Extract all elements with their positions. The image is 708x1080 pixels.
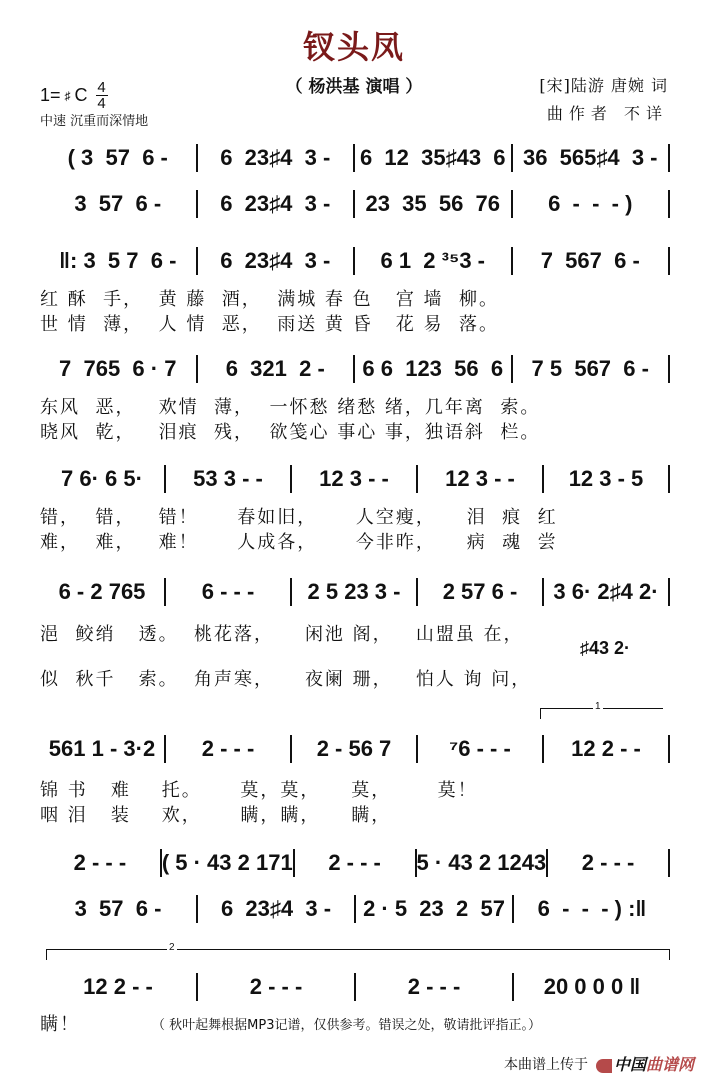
barline xyxy=(668,578,670,606)
measure: 7 765 6 · 7 xyxy=(40,356,196,382)
measure: 2 - - - xyxy=(40,850,160,876)
score-row-verse-3: 7 6· 6 5· 53 3 - - 12 3 - - 12 3 - - 12 … xyxy=(40,462,670,496)
lyrics-line-2: 难， 难， 难！ 人成各， 今非昨， 病 魂 尝 xyxy=(40,528,670,554)
lyrics-line-2: 似 秋千 索。 角声寒， 夜阑 珊， 怕人 询 问， xyxy=(40,665,670,691)
key-note: C xyxy=(75,85,88,106)
barline xyxy=(668,735,670,763)
measure: 12 2 - - xyxy=(40,974,196,1000)
measure: 3 6· 2♯4 2· xyxy=(544,579,668,605)
score-row-interlude-1: 2 - - - ( 5 · 43 2 171 2 - - - 5 · 43 2 … xyxy=(40,846,670,880)
measure: 6 - - - xyxy=(166,579,290,605)
measure: 6 23♯4 3 - xyxy=(198,896,354,922)
lyrics-line-2: 咽 泪 装 欢， 瞒，瞒， 瞒， xyxy=(40,801,670,827)
sharp-icon: ♯ xyxy=(65,89,71,103)
measure: ‖: 3 5 7 6 - xyxy=(40,248,196,274)
measure: 6 23♯4 3 - xyxy=(198,145,354,171)
measure: 2 5 23 3 - xyxy=(292,579,416,605)
measure: ( 3 57 6 - xyxy=(40,145,196,171)
score-row-verse-1: ‖: 3 5 7 6 - 6 23♯4 3 - 6 1 2 ³⁵3 - 7 56… xyxy=(40,244,670,278)
score-row-interlude-2: 3 57 6 - 6 23♯4 3 - 2 · 5 23 2 57 6 - - … xyxy=(40,892,670,926)
key-signature: 1= ♯ C 4 4 xyxy=(40,80,108,111)
measure: 3 57 6 - xyxy=(40,896,196,922)
measure: 6 1 2 ³⁵3 - xyxy=(355,248,511,274)
transcription-note: （ 秋叶起舞根据MP3记谱，仅供参考。错误之处，敬请批评指正。） xyxy=(152,1014,541,1033)
lyrics-line-1: 东风 恶， 欢情 薄， 一怀愁 绪愁 绪，几年离 索。 xyxy=(40,393,670,419)
score-row-intro-2: 3 57 6 - 6 23♯4 3 - 23 35 56 76 6 - - - … xyxy=(40,187,670,221)
score-row-verse-4: 6 - 2 765 6 - - - 2 5 23 3 - 2 57 6 - 3 … xyxy=(40,575,670,609)
measure: 6 321 2 - xyxy=(198,356,354,382)
barline xyxy=(668,190,670,218)
measure: 2 - - - xyxy=(166,736,290,762)
measure: 561 1 - 3·2 xyxy=(40,736,164,762)
measure: 7 5 567 6 - xyxy=(513,356,669,382)
measure: 2 - - - xyxy=(548,850,668,876)
lyrics-line-1: 错， 错， 错！ 春如旧， 人空瘦， 泪 痕 红 xyxy=(40,503,670,529)
score-row-intro-1: ( 3 57 6 - 6 23♯4 3 - 6 12 35♯43 6 36 56… xyxy=(40,141,670,175)
score-row-ending: 12 2 - - 2 - - - 2 - - - 20 0 0 0 ‖ xyxy=(40,970,670,1004)
score-row-verse-5: 561 1 - 3·2 2 - - - 2 - 56 7 ⁷6 - - - 12… xyxy=(40,732,670,766)
measure: ( 5 · 43 2 171 xyxy=(162,850,293,876)
upload-text: 本曲谱上传于 xyxy=(504,1054,588,1074)
lyrics-line-1: 浥 鲛绡 透。 桃花落， 闲池 阁， 山盟虽 在， xyxy=(40,620,670,646)
barline xyxy=(668,355,670,383)
lyrics-line-2: 晓风 乾， 泪痕 残， 欲笺心 事心 事，独语斜 栏。 xyxy=(40,418,670,444)
volta-label: 1 xyxy=(593,701,603,712)
alternate-notes: ♯43 2· xyxy=(580,638,630,659)
score-row-verse-2: 7 765 6 · 7 6 321 2 - 6 6 123 56 6 7 5 5… xyxy=(40,352,670,386)
lyrics-line-2: 世 情 薄， 人 情 恶， 雨送 黄 昏 花 易 落。 xyxy=(40,310,670,336)
logo-mark-icon xyxy=(596,1059,612,1073)
credits: [宋]陆游 唐婉 词 曲作者 不详 xyxy=(539,72,668,128)
measure: 3 57 6 - xyxy=(40,191,196,217)
barline xyxy=(668,144,670,172)
lyricist-credit: [宋]陆游 唐婉 词 xyxy=(539,72,668,100)
measure: 12 3 - - xyxy=(292,466,416,492)
composer-credit: 曲作者 不详 xyxy=(539,100,668,128)
time-signature: 4 4 xyxy=(96,80,108,111)
footer-credit: 本曲谱上传于 中国曲谱网 xyxy=(504,1052,694,1075)
volta-bracket-2: 2 xyxy=(46,949,670,960)
measure: 5 · 43 2 1243 xyxy=(417,850,547,876)
measure: 53 3 - - xyxy=(166,466,290,492)
measure: 6 - - - ) :‖ xyxy=(514,896,670,922)
measure: 2 - - - xyxy=(356,974,512,1000)
key-prefix: 1= xyxy=(40,85,61,106)
song-title: 钗头凤 xyxy=(0,22,708,68)
measure: 6 23♯4 3 - xyxy=(198,248,354,274)
measure: 12 2 - - xyxy=(544,736,668,762)
measure: 6 - 2 765 xyxy=(40,579,164,605)
lyrics-line-1: 红 酥 手， 黄 藤 酒， 满城 春 色 宫 墙 柳。 xyxy=(40,285,670,311)
measure: 23 35 56 76 xyxy=(355,191,511,217)
measure: 6 - - - ) xyxy=(513,191,669,217)
barline xyxy=(668,247,670,275)
measure: 12 3 - 5 xyxy=(544,466,668,492)
tempo-marking: 中速 沉重而深情地 xyxy=(40,110,148,129)
barline xyxy=(668,465,670,493)
site-logo[interactable]: 中国曲谱网 xyxy=(596,1052,694,1075)
site-name-accent: 曲谱网 xyxy=(646,1055,694,1074)
measure: 7 567 6 - xyxy=(513,248,669,274)
measure: 20 0 0 0 ‖ xyxy=(514,974,670,1000)
measure: 2 - 56 7 xyxy=(292,736,416,762)
measure: 2 - - - xyxy=(198,974,354,1000)
measure: 6 6 123 56 6 xyxy=(355,356,511,382)
barline xyxy=(668,849,670,877)
volta-bracket-1: 1 xyxy=(540,708,663,719)
measure: 2 - - - xyxy=(295,850,415,876)
time-denominator: 4 xyxy=(97,96,105,111)
measure: 36 565♯4 3 - xyxy=(513,145,669,171)
site-name-dark: 中国 xyxy=(614,1055,646,1074)
measure: 6 12 35♯43 6 xyxy=(355,145,511,171)
measure: 6 23♯4 3 - xyxy=(198,191,354,217)
measure: 2 57 6 - xyxy=(418,579,542,605)
measure: 7 6· 6 5· xyxy=(40,466,164,492)
time-numerator: 4 xyxy=(97,80,105,95)
volta-label: 2 xyxy=(167,942,177,953)
measure: ⁷6 - - - xyxy=(418,736,542,762)
measure: 12 3 - - xyxy=(418,466,542,492)
lyrics-line-1: 锦 书 难 托。 莫，莫， 莫， 莫！ xyxy=(40,776,670,802)
measure: 2 · 5 23 2 57 xyxy=(356,896,512,922)
